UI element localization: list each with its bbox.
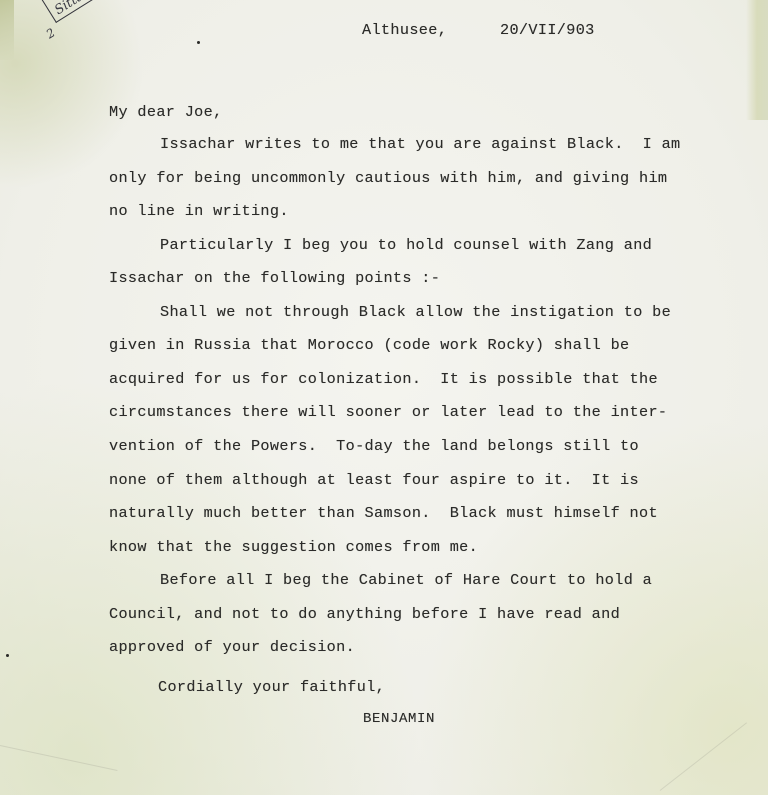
paper-edge-stain: [746, 0, 768, 120]
letter-line: Council, and not to do anything before I…: [109, 607, 620, 622]
ink-speck: [6, 654, 9, 657]
letter-line: given in Russia that Morocco (code work …: [109, 338, 630, 353]
letter-line: know that the suggestion comes from me.: [109, 540, 478, 555]
letter-place: Althusee,: [362, 23, 447, 38]
annotation-word: Sittages: [52, 0, 106, 18]
paper-crease: [660, 722, 747, 791]
letter-line: Particularly I beg you to hold counsel w…: [160, 238, 652, 253]
letter-signature: BENJAMIN: [363, 712, 435, 726]
letter-page: 2 Sittages Althusee, 20/VII/903 My dear …: [0, 0, 768, 795]
letter-line: no line in writing.: [109, 204, 289, 219]
letter-line: only for being uncommonly cautious with …: [109, 171, 667, 186]
letter-line: naturally much better than Samson. Black…: [109, 506, 658, 521]
letter-line: none of them although at least four aspi…: [109, 473, 639, 488]
letter-closing: Cordially your faithful,: [158, 680, 385, 695]
letter-line: acquired for us for colonization. It is …: [109, 372, 658, 387]
letter-line: Issachar writes to me that you are again…: [160, 137, 681, 152]
letter-line: Issachar on the following points :-: [109, 271, 440, 286]
letter-line: vention of the Powers. To-day the land b…: [109, 439, 639, 454]
annotation-number: 2: [44, 25, 58, 41]
letter-line: Shall we not through Black allow the ins…: [160, 305, 671, 320]
letter-date: 20/VII/903: [500, 23, 595, 38]
paper-edge-stain: [0, 0, 14, 60]
paper-crease: [0, 745, 117, 771]
ink-speck: [197, 41, 200, 44]
letter-line: approved of your decision.: [109, 640, 355, 655]
letter-salutation: My dear Joe,: [109, 105, 223, 120]
letter-line: Before all I beg the Cabinet of Hare Cou…: [160, 573, 652, 588]
letter-line: circumstances there will sooner or later…: [109, 405, 667, 420]
